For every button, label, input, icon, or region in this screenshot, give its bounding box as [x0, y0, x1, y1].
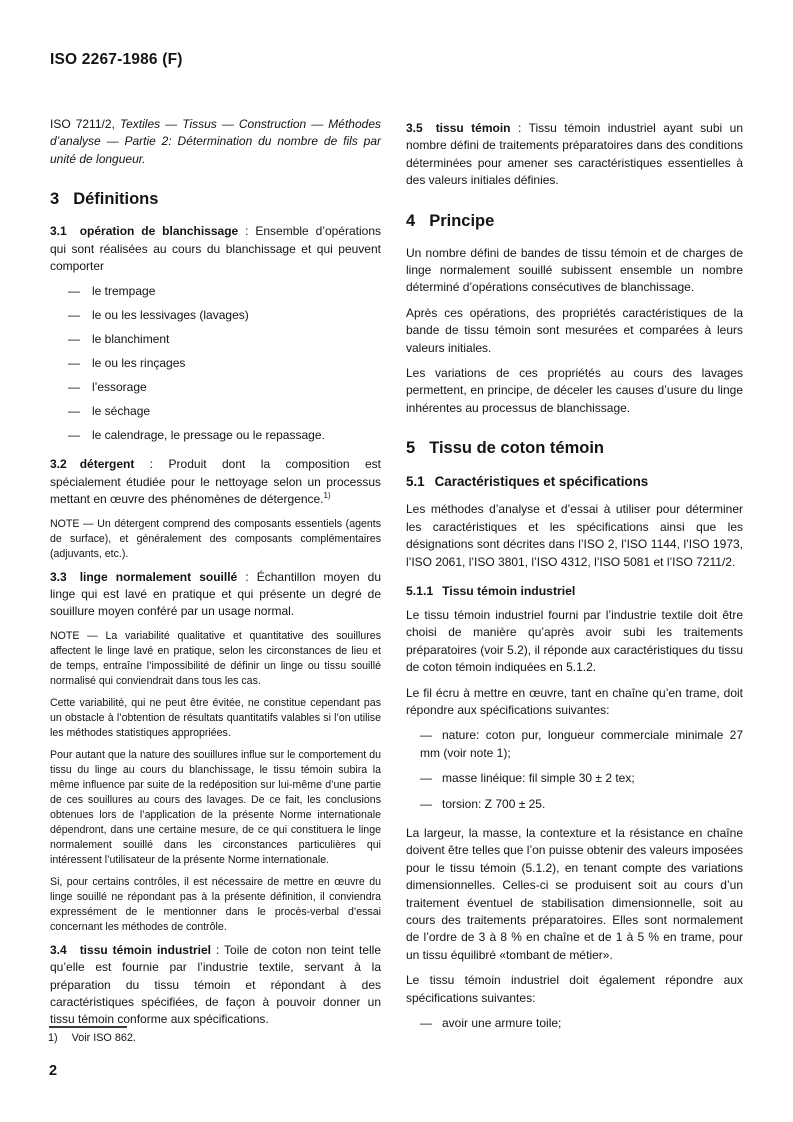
dash-marker: —: [420, 796, 442, 813]
clause-5-1-1-paragraph-2: Le fil écru à mettre en œuvre, tant en c…: [406, 685, 743, 720]
note-3-3-part-3: Pour autant que la nature des souillures…: [50, 748, 381, 868]
subsubsection-title: Tissu témoin industriel: [442, 584, 575, 598]
clause-5-1-paragraph: Les méthodes d’analyse et d’essai à util…: [406, 501, 743, 571]
list-item: —le ou les rinçages: [68, 355, 381, 372]
document-reference-header: ISO 2267-1986 (F): [50, 51, 183, 69]
section-number: 5: [406, 439, 415, 457]
list-item: —le blanchiment: [68, 331, 381, 348]
normative-reference-paragraph: ISO 7211/2, Textiles — Tissus — Construc…: [50, 116, 381, 168]
dash-marker: —: [420, 1015, 442, 1032]
footnote-text: Voir ISO 862.: [72, 1032, 136, 1044]
defined-term: opération de blanchissage: [80, 224, 239, 238]
blanchissage-operations-list: —le trempage —le ou les lessivages (lava…: [68, 283, 381, 444]
clause-3-3-paragraph: 3.3linge normalement souillé : Échantill…: [50, 569, 381, 621]
list-item-text: le trempage: [92, 284, 155, 298]
section-4-heading: 4Principe: [406, 212, 743, 231]
clause-5-1-1-paragraph-1: Le tissu témoin industriel fourni par l’…: [406, 607, 743, 677]
note-3-3-part-4: Si, pour certains contrôles, il est néce…: [50, 875, 381, 935]
note-3-3-part-1: NOTE — La variabilité qualitative et qua…: [50, 629, 381, 689]
footnote: 1)Voir ISO 862.: [48, 1032, 136, 1044]
list-item: —le calendrage, le pressage ou le repass…: [68, 427, 381, 444]
subsection-number: 5.1: [406, 474, 425, 489]
section-5-heading: 5Tissu de coton témoin: [406, 439, 743, 458]
dash-marker: —: [68, 307, 92, 324]
reference-number: ISO 7211/2,: [50, 117, 115, 131]
dash-marker: —: [68, 283, 92, 300]
footnote-reference: 1): [324, 491, 331, 500]
right-column: 3.5tissu témoin : Tissu témoin industrie…: [406, 120, 743, 1044]
dash-marker: —: [68, 427, 92, 444]
principe-paragraph-1: Un nombre défini de bandes de tissu témo…: [406, 245, 743, 297]
dash-marker: —: [68, 379, 92, 396]
footnote-divider: [49, 1026, 127, 1028]
list-item-text: l’essorage: [92, 380, 147, 394]
left-column: ISO 7211/2, Textiles — Tissus — Construc…: [50, 116, 381, 1037]
subsubsection-5-1-1-heading: 5.1.1Tissu témoin industriel: [406, 584, 743, 598]
list-item-text: le calendrage, le pressage ou le repassa…: [92, 428, 325, 442]
list-item-text: le blanchiment: [92, 332, 169, 346]
clause-number: 3.2: [50, 457, 67, 471]
clause-number: 3.3: [50, 570, 67, 584]
yarn-specifications-list: —nature: coton pur, longueur commerciale…: [420, 727, 743, 813]
list-item-text: nature: coton pur, longueur commerciale …: [420, 728, 743, 759]
clause-3-5-paragraph: 3.5tissu témoin : Tissu témoin industrie…: [406, 120, 743, 190]
dash-marker: —: [68, 331, 92, 348]
section-title: Définitions: [73, 190, 158, 208]
subsubsection-number: 5.1.1: [406, 584, 433, 598]
clause-5-1-1-paragraph-3: La largeur, la masse, la contexture et l…: [406, 825, 743, 964]
note-3-3-part-2: Cette variabilité, qui ne peut être évit…: [50, 696, 381, 741]
list-item: —nature: coton pur, longueur commerciale…: [420, 727, 743, 762]
subsection-5-1-heading: 5.1Caractéristiques et spécifications: [406, 474, 743, 489]
dash-marker: —: [68, 403, 92, 420]
list-item: —le ou les lessivages (lavages): [68, 307, 381, 324]
clause-3-2-paragraph: 3.2détergent : Produit dont la compositi…: [50, 456, 381, 508]
list-item: —masse linéique: fil simple 30 ± 2 tex;: [420, 770, 743, 787]
defined-term: tissu témoin industriel: [80, 943, 211, 957]
list-item-text: torsion: Z 700 ± 25.: [442, 797, 545, 811]
section-title: Tissu de coton témoin: [429, 439, 604, 457]
clause-number: 3.5: [406, 121, 423, 135]
list-item-text: le séchage: [92, 404, 150, 418]
page-number: 2: [49, 1063, 57, 1079]
fabric-specifications-list: —avoir une armure toile;: [420, 1015, 743, 1032]
list-item: —torsion: Z 700 ± 25.: [420, 796, 743, 813]
defined-term: tissu témoin: [436, 121, 511, 135]
list-item-text: avoir une armure toile;: [442, 1016, 561, 1030]
list-item: —avoir une armure toile;: [420, 1015, 743, 1032]
clause-3-4-paragraph: 3.4tissu témoin industriel : Toile de co…: [50, 942, 381, 1029]
clause-number: 3.4: [50, 943, 67, 957]
subsection-title: Caractéristiques et spécifications: [435, 474, 649, 489]
list-item-text: masse linéique: fil simple 30 ± 2 tex;: [442, 771, 635, 785]
principe-paragraph-3: Les variations de ces propriétés au cour…: [406, 365, 743, 417]
clause-number: 3.1: [50, 224, 67, 238]
list-item: —l’essorage: [68, 379, 381, 396]
list-item: —le trempage: [68, 283, 381, 300]
dash-marker: —: [420, 770, 442, 787]
defined-term: détergent: [80, 457, 135, 471]
section-title: Principe: [429, 212, 494, 230]
clause-3-1-paragraph: 3.1opération de blanchissage : Ensemble …: [50, 223, 381, 275]
list-item-text: le ou les rinçages: [92, 356, 185, 370]
note-3-2: NOTE — Un détergent comprend des composa…: [50, 517, 381, 562]
section-number: 3: [50, 190, 59, 208]
document-page: ISO 2267-1986 (F) ISO 7211/2, Textiles —…: [0, 0, 793, 1122]
principe-paragraph-2: Après ces opérations, des propriétés car…: [406, 305, 743, 357]
section-3-heading: 3Définitions: [50, 190, 381, 209]
section-number: 4: [406, 212, 415, 230]
dash-marker: —: [68, 355, 92, 372]
footnote-marker: 1): [48, 1032, 58, 1044]
clause-5-1-1-paragraph-4: Le tissu témoin industriel doit égalemen…: [406, 972, 743, 1007]
dash-marker: —: [420, 727, 442, 744]
list-item: —le séchage: [68, 403, 381, 420]
defined-term: linge normalement souillé: [80, 570, 238, 584]
list-item-text: le ou les lessivages (lavages): [92, 308, 249, 322]
